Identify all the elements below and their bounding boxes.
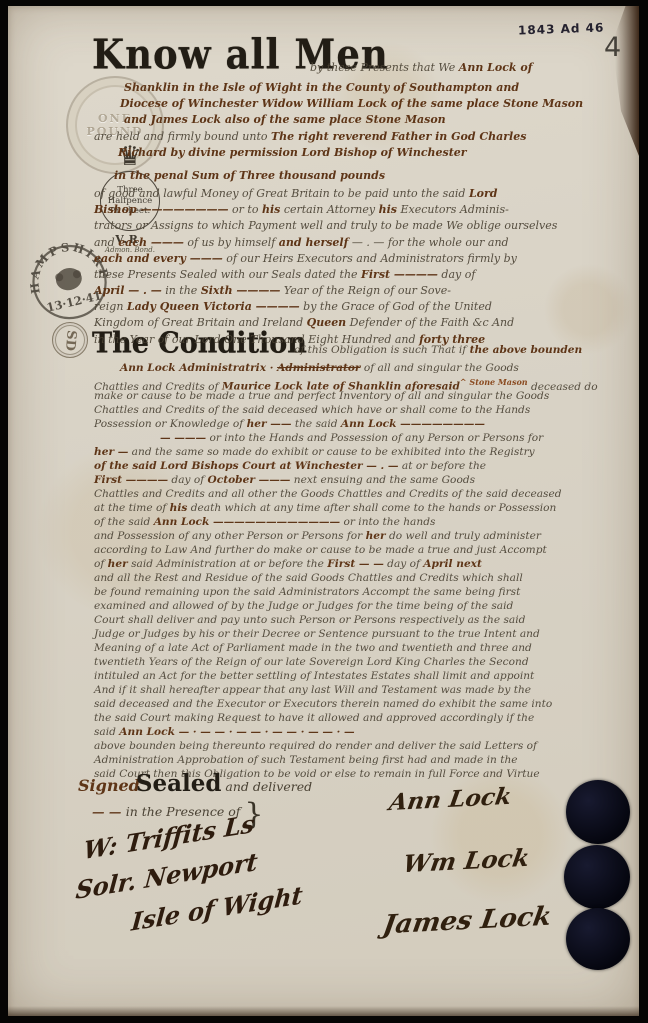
handwritten-segment: Sixth ———— [201, 284, 281, 297]
printed-segment: above bounden being thereunto required d… [94, 740, 537, 752]
text-line: Meaning of a late Act of Parliament made… [94, 641, 646, 655]
text-line: of good and lawful Money of Great Britai… [94, 186, 646, 202]
text-line: Kingdom of Great Britain and Ireland Que… [94, 315, 646, 331]
handwritten-segment: Diocese of Winchester Widow William Lock… [120, 97, 583, 110]
text-line: Chattles and Credits of the said decease… [94, 403, 646, 417]
printed-segment: day of [168, 474, 207, 486]
handwritten-segment: and James Lock also of the same place St… [124, 113, 446, 126]
printed-segment: by these Presents that We [310, 61, 459, 74]
text-line: these Presents Sealed with our Seals dat… [94, 267, 646, 283]
printed-segment: Administration Approbation of such Testa… [94, 754, 518, 766]
text-line: examined and allowed of by the Judge or … [94, 599, 646, 613]
handwritten-segment: Richard by divine permission Lord Bishop… [118, 146, 467, 159]
text-line: intituled an Act for the better settling… [94, 669, 646, 683]
printed-segment: intituled an Act for the better settling… [94, 670, 534, 682]
printed-segment: said Administration at or before the [128, 558, 328, 570]
photographed-document: { "annotations": { "archive_ref": "1843 … [0, 0, 648, 1023]
archive-reference: 1843 Ad 46 [518, 20, 605, 37]
printed-segment: are held and firmly bound unto [94, 130, 271, 143]
text-line: are held and firmly bound unto The right… [94, 129, 646, 145]
handwritten-segment: October ——— [208, 474, 291, 486]
handwritten-segment: in the penal Sum of Three thousand pound… [114, 169, 385, 182]
text-line: above bounden being thereunto required d… [94, 739, 646, 753]
text-line: First ———— day of October ——— next ensui… [94, 473, 646, 487]
text-line: and each ——— of us by himself and hersel… [94, 235, 646, 251]
delivered-word: and delivered [221, 779, 312, 794]
text-line: and Possession of any other Person or Pe… [94, 529, 646, 543]
printed-segment: examined and allowed of by the Judge or … [94, 600, 513, 612]
printed-segment: of us by himself [184, 236, 279, 249]
printed-segment: at the time of [94, 502, 170, 514]
handwritten-segment: the above bounden [470, 344, 583, 356]
text-line: Judge or Judges by his or their Decree o… [94, 627, 646, 641]
text-line: Chattles and Credits of Maurice Lock lat… [94, 375, 646, 389]
handwritten-segment: April — . — [94, 284, 162, 297]
handwritten-segment: Ann Lock ———————— [341, 418, 485, 430]
text-line: twentieth Years of the Reign of our late… [94, 655, 646, 669]
printed-segment: of [94, 558, 108, 570]
handwritten-segment: each and every ——— [94, 252, 223, 265]
attestation-line: SignedSealed and delivered [78, 770, 358, 797]
printed-segment: and the same so made do exhibit or cause… [128, 446, 534, 458]
printed-segment: of all and singular the Goods [361, 362, 519, 374]
text-line: her — and the same so made do exhibit or… [94, 445, 646, 459]
printed-segment: Kingdom of Great Britain and Ireland [94, 316, 307, 329]
printed-segment: trators or Assigns to which Payment well… [94, 219, 557, 232]
text-line: Bishop ———————— or to his certain Attorn… [94, 202, 646, 218]
printed-segment: the said Court making Request to have it… [94, 712, 534, 724]
text-line: at the time of his death which at any ti… [94, 501, 646, 515]
text-line: And if it shall hereafter appear that an… [94, 683, 646, 697]
text-line: Shanklin in the Isle of Wight in the Cou… [94, 80, 646, 96]
text-line: each and every ——— of our Heirs Executor… [94, 251, 646, 267]
printed-segment: and Possession of any other Person or Pe… [94, 530, 366, 542]
text-line: the said Court making Request to have it… [94, 711, 646, 725]
handwritten-segment: Ann Lock of [459, 61, 533, 74]
handwritten-segment: Lord [469, 187, 498, 200]
printed-segment: these Presents Sealed with our Seals dat… [94, 268, 361, 281]
text-line: in the penal Sum of Three thousand pound… [94, 166, 646, 186]
text-line: of the said Ann Lock ———————————— or int… [94, 515, 646, 529]
printed-segment: Defender of the Faith &c And [346, 316, 514, 329]
printed-segment: of good and lawful Money of Great Britai… [94, 187, 469, 200]
handwritten-segment: Ann Lock Administratrix · [120, 362, 277, 374]
printed-segment: day of [438, 268, 476, 281]
printed-segment: make or cause to be made a true and perf… [94, 390, 549, 402]
handwritten-segment: Bishop ———————— [94, 203, 229, 216]
printed-segment: Chattles and Credits of the said decease… [94, 404, 530, 416]
text-line: Richard by divine permission Lord Bishop… [94, 145, 646, 161]
text-line: reign Lady Queen Victoria ———— by the Gr… [94, 299, 646, 315]
text-line: said deceased and the Executor or Execut… [94, 697, 646, 711]
handwritten-segment: First — — [327, 558, 384, 570]
printed-segment: and all the Rest and Residue of the said… [94, 572, 523, 584]
printed-segment: or into the hands [340, 516, 435, 528]
printed-segment: next ensuing and the same Goods [290, 474, 475, 486]
text-line: — ——— or into the Hands and Possession o… [94, 431, 646, 445]
text-line: Administration Approbation of such Testa… [94, 753, 646, 767]
handwritten-segment: First ———— [361, 268, 438, 281]
text-line: by these Presents that We Ann Lock of [94, 56, 646, 80]
handwritten-segment: her [366, 530, 386, 542]
handwritten-segment: First ———— [94, 474, 168, 486]
handwritten-segment: her — [94, 446, 128, 458]
printed-segment: said deceased and the Executor or Execut… [94, 698, 552, 710]
text-line: of her said Administration at or before … [94, 557, 646, 571]
text-line: trators or Assigns to which Payment well… [94, 218, 646, 234]
handwritten-segment: — ——— [160, 432, 206, 444]
printed-segment: Year of the Reign of our Sove- [280, 284, 451, 297]
text-line: according to Law And further do make or … [94, 543, 646, 557]
printed-segment: and [94, 236, 118, 249]
handwritten-segment: her [108, 558, 128, 570]
printed-segment: or to [229, 203, 262, 216]
handwritten-segment: Ann Lock ———————————— [154, 516, 340, 528]
pen-dashes: — — [92, 804, 126, 819]
handwritten-segment: and herself [279, 236, 349, 249]
handwritten-segment: her —— [247, 418, 292, 430]
printed-segment: be found remaining upon the said Adminis… [94, 586, 520, 598]
text-line: Diocese of Winchester Widow William Lock… [94, 96, 646, 112]
text-line: be found remaining upon the said Adminis… [94, 585, 646, 599]
printed-segment: said [94, 726, 119, 738]
text-line: Ann Lock Administratrix · Administrator … [94, 361, 646, 375]
printed-segment: Court shall deliver and pay unto such Pe… [94, 614, 525, 626]
handwritten-segment: April next [423, 558, 482, 570]
printed-segment: Executors Adminis- [397, 203, 509, 216]
printed-segment: Meaning of a late Act of Parliament made… [94, 642, 532, 654]
text-line: Chattles and Credits and all other the G… [94, 487, 646, 501]
struck-segment: Administrator [277, 362, 360, 374]
printed-segment: at or before the [399, 460, 487, 472]
printed-segment: of the said [94, 516, 154, 528]
printed-segment: death which at any time after shall come… [187, 502, 556, 514]
handwritten-segment: The right reverend Father in God Charles [271, 130, 526, 143]
printed-segment: Possession or Knowledge of [94, 418, 247, 430]
handwritten-segment: his [379, 203, 397, 216]
sealed-blackletter-word: Sealed [136, 770, 222, 797]
printed-segment: twentieth Years of the Reign of our late… [94, 656, 529, 668]
monogram-text: SD [62, 329, 79, 351]
obligation-text: by these Presents that We Ann Lock ofSha… [94, 56, 646, 348]
printed-segment: Chattles and Credits and all other the G… [94, 488, 562, 500]
text-line: Possession or Knowledge of her —— the sa… [94, 417, 646, 431]
condition-text: of this Obligation is such That if the a… [94, 339, 646, 781]
text-line: Court shall deliver and pay unto such Pe… [94, 613, 646, 627]
handwritten-segment: of the said Lord Bishops Court at Winche… [94, 460, 399, 472]
printed-segment: day of [384, 558, 423, 570]
handwritten-segment: his [262, 203, 280, 216]
printed-segment: of our Heirs Executors and Administrator… [223, 252, 517, 265]
interlinear-insertion: Stone Mason [460, 377, 528, 387]
signed-hand-word: Signed [78, 776, 140, 795]
text-line: of the said Lord Bishops Court at Winche… [94, 459, 646, 473]
printed-segment: or into the Hands and Possession of any … [206, 432, 543, 444]
printed-segment: by the Grace of God of the United [300, 300, 492, 313]
printed-segment: reign [94, 300, 127, 313]
monogram-stamp: SD [52, 322, 88, 358]
bottom-shadow [8, 1006, 639, 1016]
printed-segment: — . — for the whole our and [348, 236, 508, 249]
text-line: and James Lock also of the same place St… [94, 112, 646, 128]
printed-segment: And if it shall hereafter appear that an… [94, 684, 531, 696]
printed-segment: in the [162, 284, 201, 297]
document-sheet: ONE POUND ♛ Three Halfpence Pr Sheet. V.… [8, 6, 639, 1016]
printed-segment: according to Law And further do make or … [94, 544, 547, 556]
text-line: said Ann Lock — · — — · — — · — — · — — … [94, 725, 646, 739]
printed-segment: certain Attorney [280, 203, 378, 216]
text-line: and all the Rest and Residue of the said… [94, 571, 646, 585]
text-line: of this Obligation is such That if the a… [94, 339, 646, 361]
handwritten-segment: Lady Queen Victoria ———— [127, 300, 300, 313]
printed-segment: the said [291, 418, 340, 430]
printed-segment: Judge or Judges by his or their Decree o… [94, 628, 540, 640]
handwritten-segment: his [170, 502, 188, 514]
handwritten-segment: Ann Lock — · — — · — — · — — · — — · — [119, 726, 354, 738]
handwritten-segment: Queen [307, 316, 347, 329]
text-line: April — . — in the Sixth ———— Year of th… [94, 283, 646, 299]
handwritten-segment: each ——— [118, 236, 184, 249]
handwritten-segment: Shanklin in the Isle of Wight in the Cou… [124, 81, 519, 94]
printed-segment: of this Obligation is such That if [294, 344, 470, 356]
printed-segment: do well and truly administer [386, 530, 541, 542]
